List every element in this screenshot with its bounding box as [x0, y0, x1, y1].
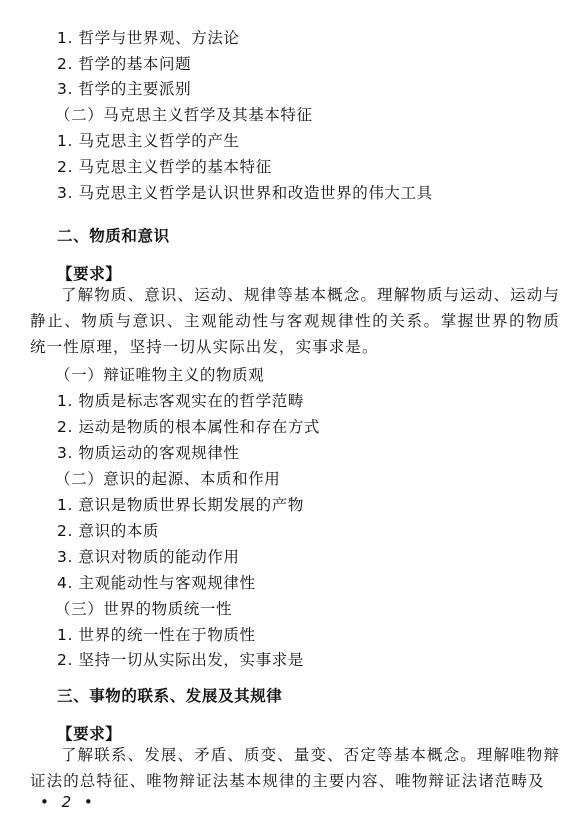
requirement-text-2: 了解物质、意识、运动、规律等基本概念。理解物质与运动、运动与静止、物质与意识、主…: [30, 286, 560, 356]
requirement-label-2: 【要求】: [57, 264, 121, 284]
outline-item: 1. 物质是标志客观实在的哲学范畴: [57, 391, 304, 411]
outline-item: 3. 哲学的主要派别: [57, 79, 191, 99]
requirement-text-3: 了解联系、发展、矛盾、质变、量变、否定等基本概念。理解唯物辩证法的总特征、唯物辩…: [30, 746, 560, 790]
outline-item: 3. 物质运动的客观规律性: [57, 443, 240, 463]
outline-item: 1. 哲学与世界观、方法论: [57, 28, 240, 48]
outline-item: （三）世界的物质统一性: [55, 599, 232, 619]
section-heading-2: 二、物质和意识: [57, 226, 170, 246]
requirement-label-3: 【要求】: [57, 724, 121, 744]
outline-item: （二）意识的起源、本质和作用: [55, 469, 280, 489]
outline-item: 2. 运动是物质的根本属性和存在方式: [57, 417, 320, 437]
requirement-paragraph-3: 了解联系、发展、矛盾、质变、量变、否定等基本概念。理解唯物辩证法的总特征、唯物辩…: [30, 742, 560, 794]
section-heading-3: 三、事物的联系、发展及其规律: [57, 686, 282, 706]
outline-item: （一）辩证唯物主义的物质观: [55, 365, 264, 385]
page-number: • 2 •: [40, 793, 97, 811]
outline-item: 2. 意识的本质: [57, 521, 159, 541]
outline-item: 1. 马克思主义哲学的产生: [57, 131, 240, 151]
outline-item: 2. 坚持一切从实际出发，实事求是: [57, 650, 304, 670]
outline-item: 1. 世界的统一性在于物质性: [57, 625, 256, 645]
outline-item: 3. 马克思主义哲学是认识世界和改造世界的伟大工具: [57, 183, 433, 203]
outline-item: 1. 意识是物质世界长期发展的产物: [57, 495, 304, 515]
requirement-paragraph-2: 了解物质、意识、运动、规律等基本概念。理解物质与运动、运动与静止、物质与意识、主…: [30, 282, 560, 360]
outline-item: 3. 意识对物质的能动作用: [57, 547, 240, 567]
outline-item: 4. 主观能动性与客观规律性: [57, 573, 256, 593]
outline-item: 2. 哲学的基本问题: [57, 54, 191, 74]
outline-item: 2. 马克思主义哲学的基本特征: [57, 157, 272, 177]
outline-item: （二）马克思主义哲学及其基本特征: [55, 105, 313, 125]
